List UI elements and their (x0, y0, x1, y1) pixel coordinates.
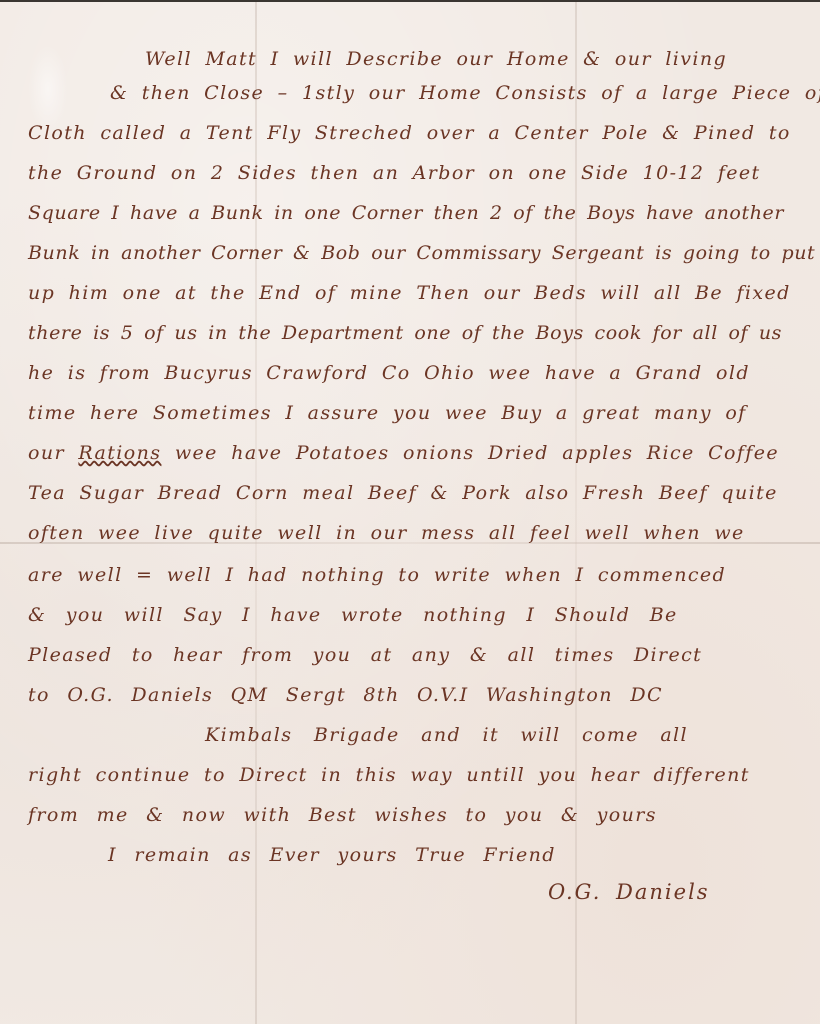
letter-line-3: Cloth called a Tent Fly Streched over a … (28, 124, 791, 143)
letter-line-1: Well Matt I will Describe our Home & our… (145, 50, 727, 69)
letter-line-19: right continue to Direct in this way unt… (28, 766, 750, 785)
letter-line-8: there is 5 of us in the Department one o… (28, 324, 782, 343)
letter-line-12: Tea Sugar Bread Corn meal Beef & Pork al… (28, 484, 778, 503)
fold-crease-vertical-right (575, 2, 577, 1024)
letter-line-2: & then Close – 1stly our Home Consists o… (110, 84, 820, 103)
letter-line-6: Bunk in another Corner & Bob our Commiss… (28, 244, 815, 263)
letter-line-15: & you will Say I have wrote nothing I Sh… (28, 606, 678, 625)
letter-line-17: to O.G. Daniels QM Sergt 8th O.V.I Washi… (28, 686, 663, 705)
letter-page: Well Matt I will Describe our Home & our… (0, 2, 820, 1024)
letter-line-4: the Ground on 2 Sides then an Arbor on o… (28, 164, 761, 183)
word-our: our (28, 442, 78, 464)
underlined-word-rations: Rations (78, 442, 161, 464)
letter-closing: I remain as Ever yours True Friend (108, 846, 556, 865)
letter-line-10: time here Sometimes I assure you wee Buy… (28, 404, 747, 423)
letter-signature: O.G. Daniels (548, 882, 710, 903)
fold-crease-vertical-left (255, 2, 257, 1024)
letter-line-13: often wee live quite well in our mess al… (28, 524, 745, 543)
letter-line-16: Pleased to hear from you at any & all ti… (28, 646, 702, 665)
letter-line-14: are well = well I had nothing to write w… (28, 566, 726, 585)
letter-line-11: our Rations wee have Potatoes onions Dri… (28, 444, 779, 463)
letter-line-9: he is from Bucyrus Crawford Co Ohio wee … (28, 364, 750, 383)
line-11-rest: wee have Potatoes onions Dried apples Ri… (161, 442, 779, 464)
paper-emboss-mark (28, 44, 68, 134)
letter-line-18: Kimbals Brigade and it will come all (205, 726, 688, 745)
letter-line-7: up him one at the End of mine Then our B… (28, 284, 791, 303)
letter-line-20: from me & now with Best wishes to you & … (28, 806, 657, 825)
letter-line-5: Square I have a Bunk in one Corner then … (28, 204, 784, 223)
